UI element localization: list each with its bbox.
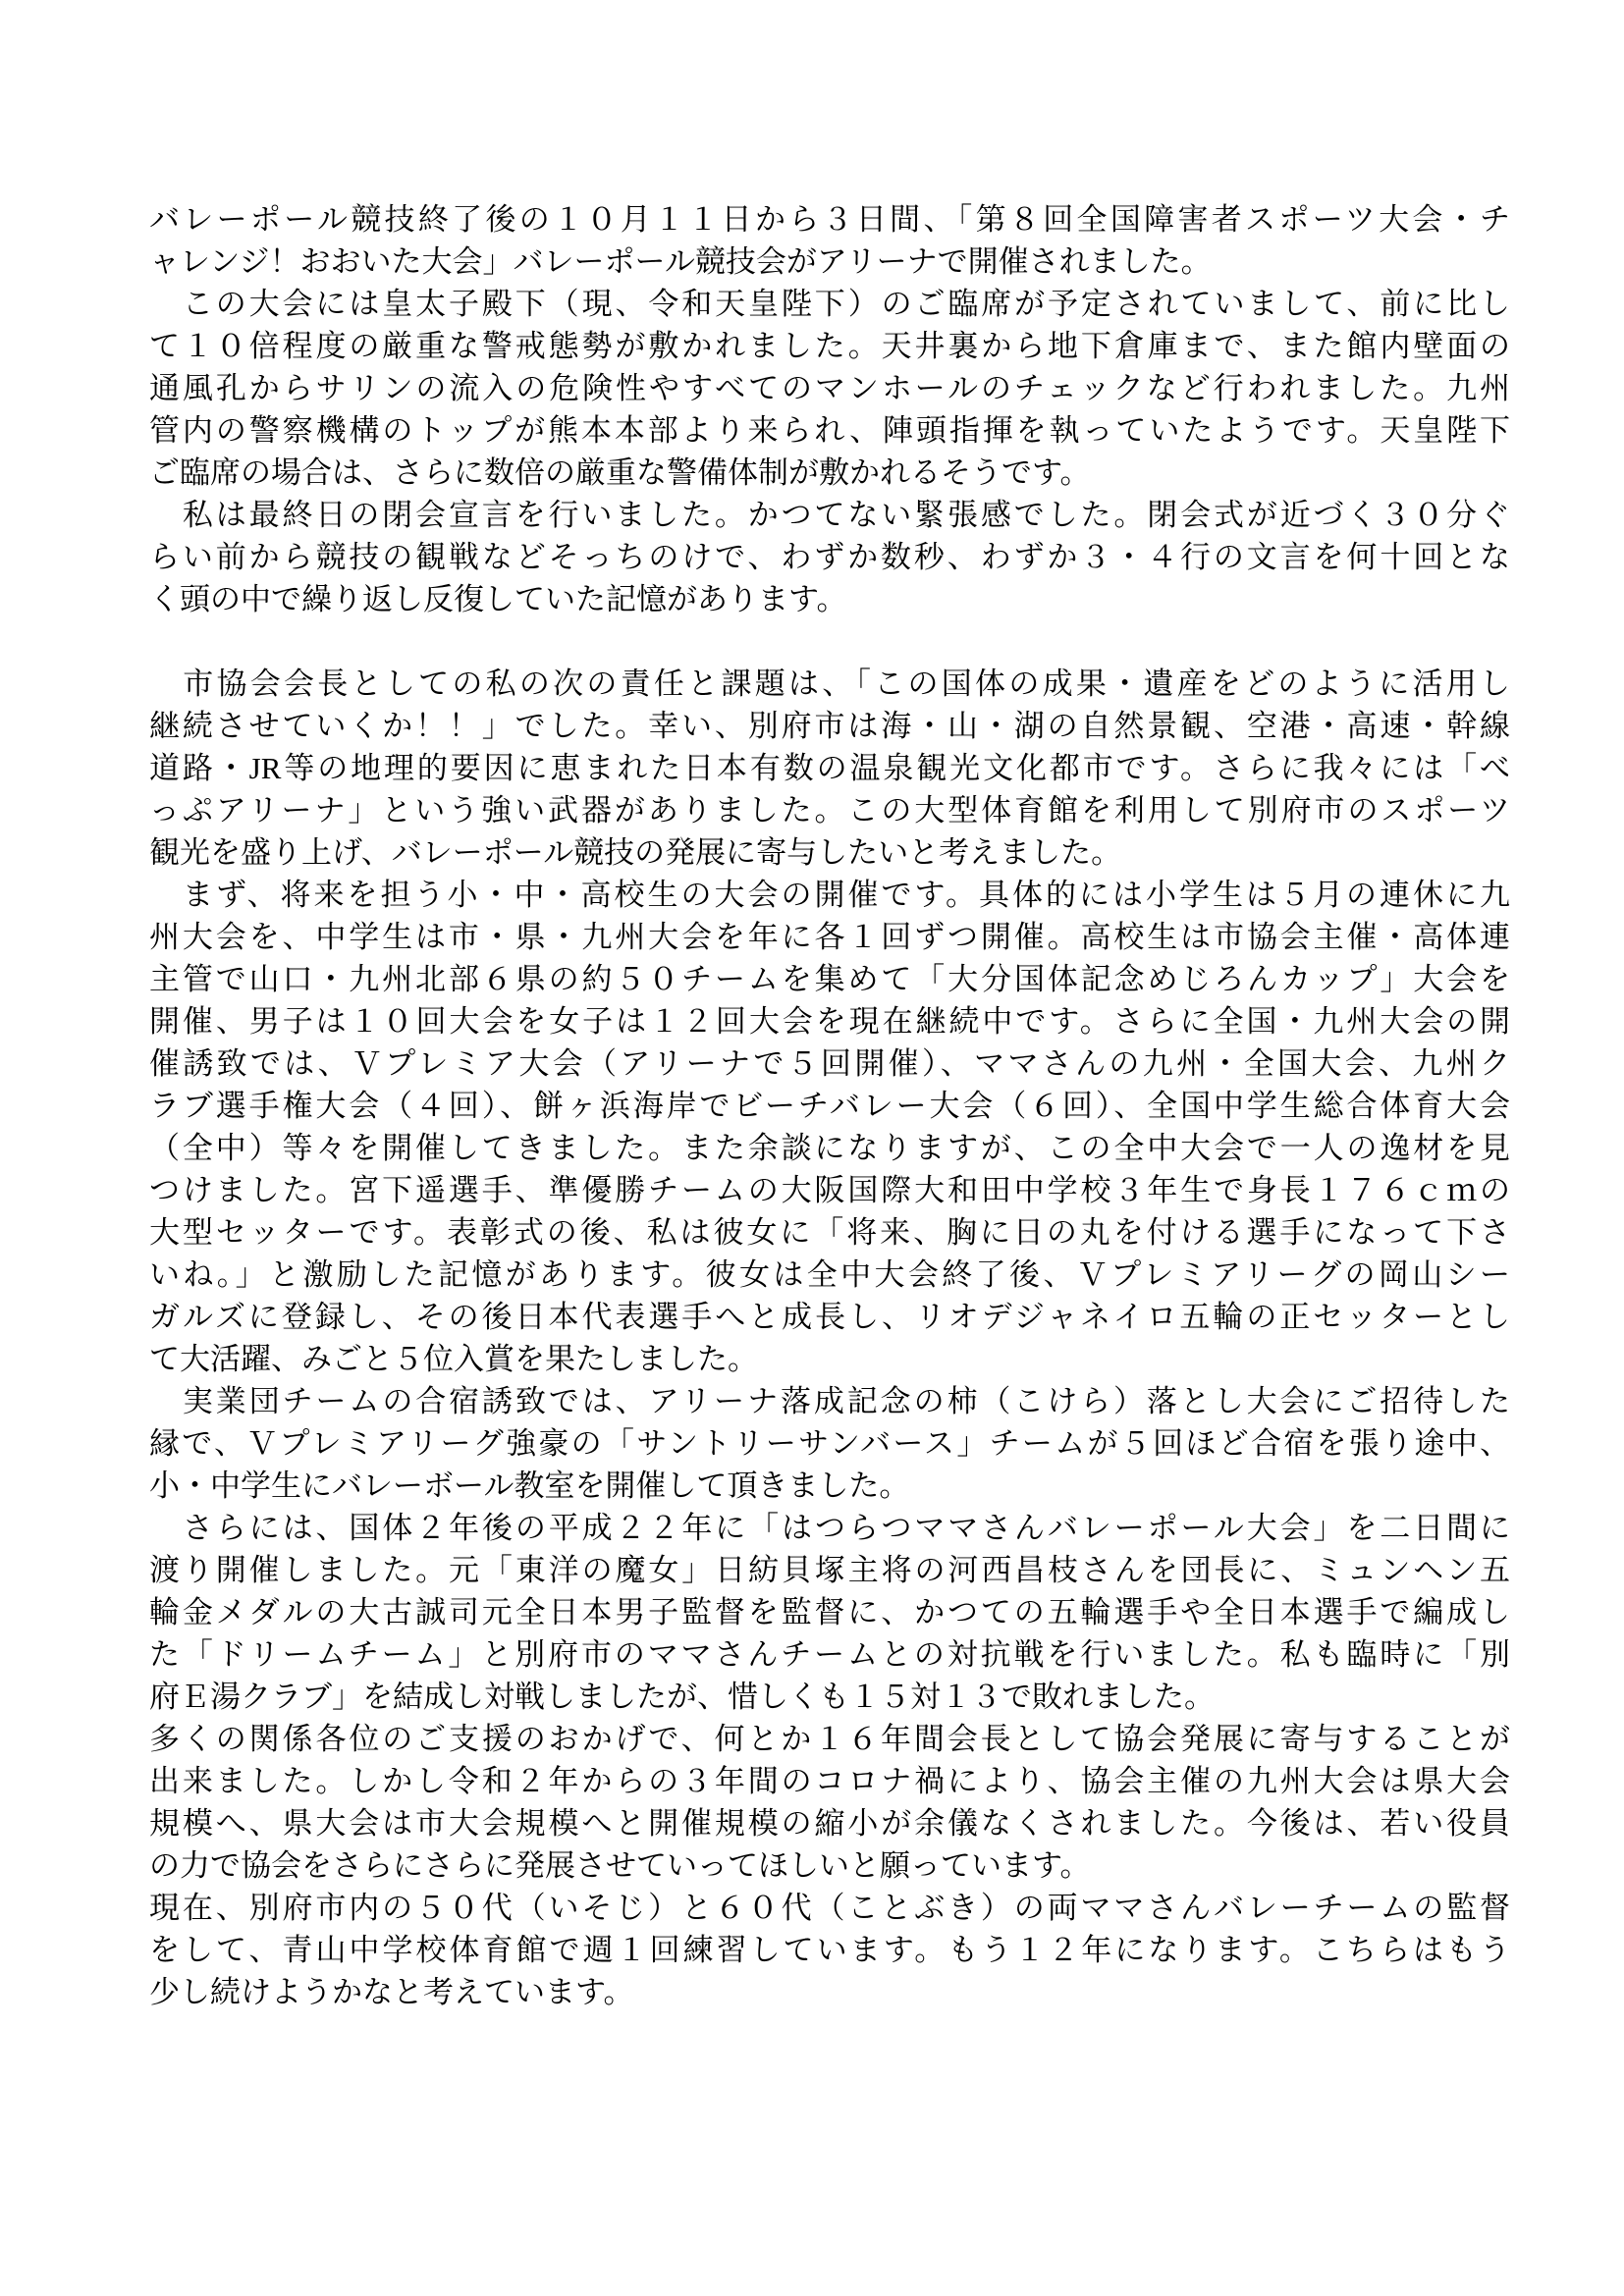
text-line: ラブ選手権大会（４回）、餅ヶ浜海岸でビーチバレー大会（６回）、全国中学生総合体育…: [149, 1085, 1510, 1127]
text-line: 私は最終日の閉会宣言を行いました。かつてない緊張感でした。閉会式が近づく３０分ぐ: [149, 494, 1510, 536]
text-line: 通風孔からサリンの流入の危険性やすべてのマンホールのチェックなど行われました。九…: [149, 367, 1510, 409]
text-line: っぷアリーナ」という強い武器がありました。この大型体育館を利用して別府市のスポー…: [149, 789, 1510, 831]
text-line: 催誘致では、Ｖプレミア大会（アリーナで５回開催）、ママさんの九州・全国大会、九州…: [149, 1042, 1510, 1085]
text-line: 渡り開催しました。元「東洋の魔女」日紡貝塚主将の河西昌枝さんを団長に、ミュンヘン…: [149, 1549, 1510, 1591]
text-line: 市協会会長としての私の次の責任と課題は、「この国体の成果・遺産をどのように活用し: [149, 663, 1510, 705]
text-line: バレーポール競技終了後の１０月１１日から３日間、「第８回全国障害者スポーツ大会・…: [149, 198, 1510, 240]
text-line: 輪金メダルの大古誠司元全日本男子監督を監督に、かつての五輪選手や全日本選手で編成…: [149, 1591, 1510, 1633]
text-line: の力で協会をさらにさらに発展させていってほしいと願っています。: [149, 1844, 1510, 1887]
text-line: 現在、別府市内の５０代（いそじ）と６０代（ことぶき）の両ママさんバレーチームの監…: [149, 1887, 1510, 1929]
text-line: 規模へ、県大会は市大会規模へと開催規模の縮小が余儀なくされました。今後は、若い役…: [149, 1802, 1510, 1844]
text-line: 少し続けようかなと考えています。: [149, 1971, 1510, 2013]
text-line: た「ドリームチーム」と別府市のママさんチームとの対抗戦を行いました。私も臨時に「…: [149, 1633, 1510, 1676]
text-line: をして、青山中学校体育館で週１回練習しています。もう１２年になります。こちらはも…: [149, 1929, 1510, 1971]
text-line: らい前から競技の観戦などそっちのけで、わずか数秒、わずか３・４行の文言を何十回と…: [149, 536, 1510, 578]
text-line: て大活躍、みごと５位入賞を果たしました。: [149, 1338, 1510, 1380]
document-page: バレーポール競技終了後の１０月１１日から３日間、「第８回全国障害者スポーツ大会・…: [0, 0, 1624, 2296]
text-line: この大会には皇太子殿下（現、令和天皇陛下）のご臨席が予定されていまして、前に比し: [149, 283, 1510, 325]
document-text: バレーポール競技終了後の１０月１１日から３日間、「第８回全国障害者スポーツ大会・…: [149, 198, 1510, 2013]
text-line: て１０倍程度の厳重な警戒態勢が敷かれました。天井裏から地下倉庫まで、また館内壁面…: [149, 325, 1510, 367]
text-line: 多くの関係各位のご支援のおかげで、何とか１６年間会長として協会発展に寄与すること…: [149, 1718, 1510, 1760]
text-line: 管内の警察機構のトップが熊本本部より来られ、陣頭指揮を執っていたようです。天皇陛…: [149, 409, 1510, 452]
blank-line: [149, 620, 1510, 663]
text-line: 小・中学生にバレーボール教室を開催して頂きました。: [149, 1465, 1510, 1507]
text-line: いね。」と激励した記憶があります。彼女は全中大会終了後、Ｖプレミアリーグの岡山シ…: [149, 1254, 1510, 1296]
text-line: 州大会を、中学生は市・県・九州大会を年に各１回ずつ開催。高校生は市協会主催・高体…: [149, 916, 1510, 958]
text-line: 主管で山口・九州北部６県の約５０チームを集めて「大分国体記念めじろんカップ」大会…: [149, 958, 1510, 1000]
text-line: 観光を盛り上げ、バレーポール競技の発展に寄与したいと考えました。: [149, 831, 1510, 874]
text-line: （全中）等々を開催してきました。また余談になりますが、この全中大会で一人の逸材を…: [149, 1127, 1510, 1169]
text-line: 開催、男子は１０回大会を女子は１２回大会を現在継続中です。さらに全国・九州大会の…: [149, 1000, 1510, 1042]
text-line: ャレンジ！おおいた大会」バレーポール競技会がアリーナで開催されました。: [149, 240, 1510, 283]
text-line: 縁で、Ｖプレミアリーグ強豪の「サントリーサンバース」チームが５回ほど合宿を張り途…: [149, 1422, 1510, 1465]
text-line: さらには、国体２年後の平成２２年に「はつらつママさんバレーポール大会」を二日間に: [149, 1507, 1510, 1549]
text-line: 継続させていくか！！」でした。幸い、別府市は海・山・湖の自然景観、空港・高速・幹…: [149, 705, 1510, 747]
text-line: 道路・JR等の地理的要因に恵まれた日本有数の温泉観光文化都市です。さらに我々には…: [149, 747, 1510, 789]
text-line: 出来ました。しかし令和２年からの３年間のコロナ禍により、協会主催の九州大会は県大…: [149, 1760, 1510, 1802]
text-line: ガルズに登録し、その後日本代表選手へと成長し、リオデジャネイロ五輪の正セッターと…: [149, 1296, 1510, 1338]
text-line: 府Ｅ湯クラブ」を結成し対戦しましたが、惜しくも１５対１３で敗れました。: [149, 1676, 1510, 1718]
text-line: 実業団チームの合宿誘致では、アリーナ落成記念の柿（こけら）落とし大会にご招待した: [149, 1380, 1510, 1422]
text-line: 大型セッターです。表彰式の後、私は彼女に「将来、胸に日の丸を付ける選手になって下…: [149, 1211, 1510, 1254]
text-line: ご臨席の場合は、さらに数倍の厳重な警備体制が敷かれるそうです。: [149, 452, 1510, 494]
text-line: まず、将来を担う小・中・高校生の大会の開催です。具体的には小学生は５月の連休に九: [149, 874, 1510, 916]
text-line: く頭の中で繰り返し反復していた記憶があります。: [149, 578, 1510, 620]
text-line: つけました。宮下遥選手、準優勝チームの大阪国際大和田中学校３年生で身長１７６ｃｍ…: [149, 1169, 1510, 1211]
